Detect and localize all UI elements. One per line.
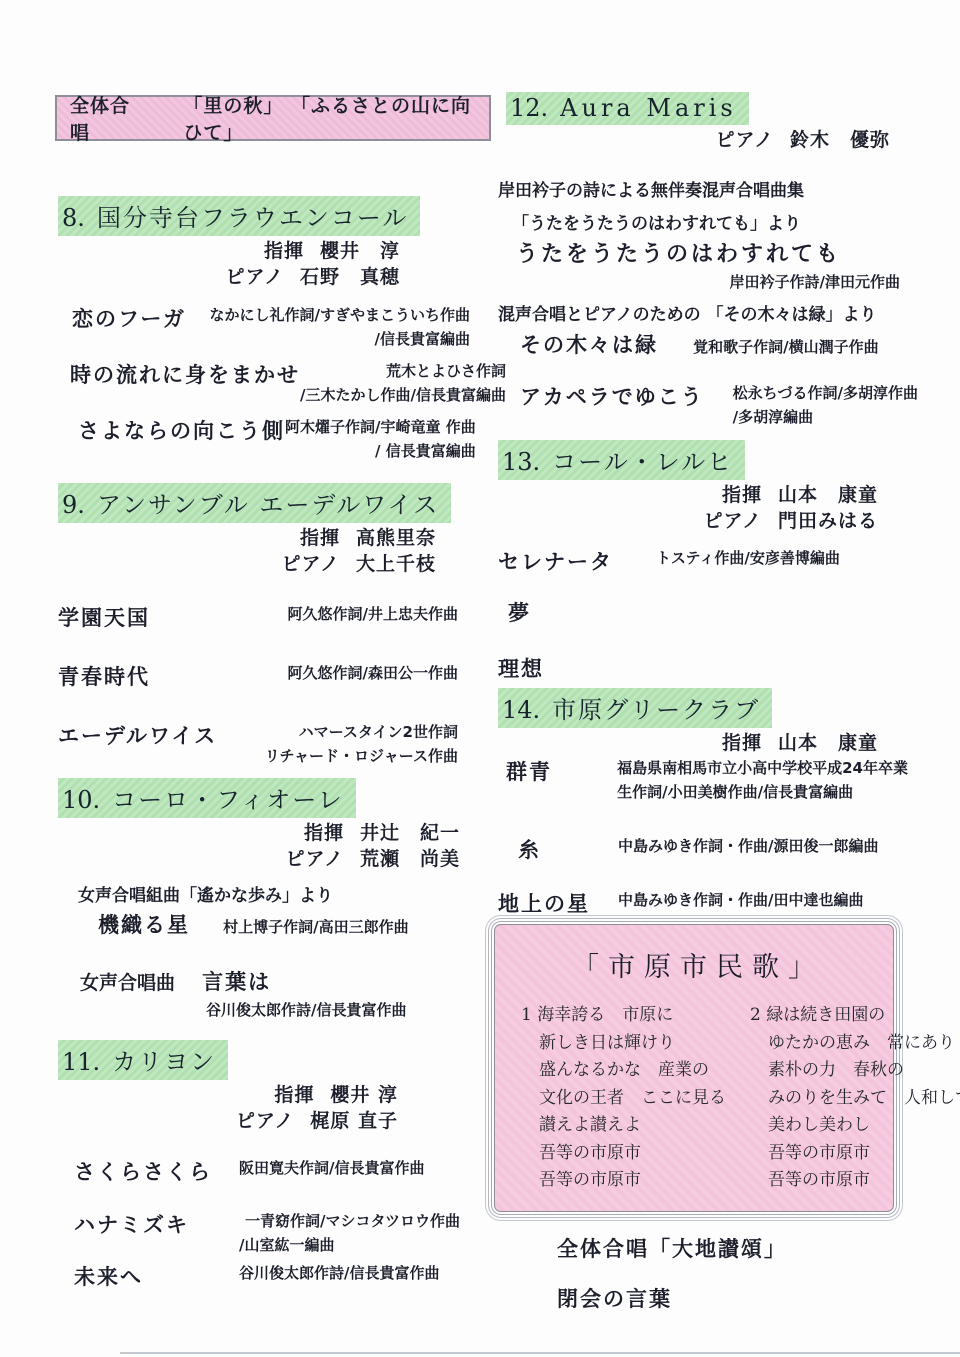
song-row: 女声合唱曲 言葉は (58, 966, 462, 996)
lyric-line: 文化の王者 ここに見る (521, 1085, 726, 1113)
section-14-heading: 14. 市原グリークラブ (498, 688, 772, 728)
song-title: セレナータ (498, 546, 656, 576)
song-row: 青春時代 阿久悠作詞/森田公一作曲 (58, 661, 458, 691)
staff-line-conductor: 指揮櫻井 淳 (58, 238, 400, 264)
song-group-label: 女声合唱曲 (80, 972, 175, 994)
song-credit: 中島みゆき作詞・作曲/田中達也編曲 (618, 888, 863, 912)
song-group-label: 女声合唱組曲「遙かな歩み」より (58, 881, 462, 906)
song-credit: 谷川俊太郎作詩/信長貴富作曲 (58, 998, 462, 1022)
lyrics-title: 「市原市民歌」 (521, 945, 875, 984)
song-credit: 阿木燿子作詞/宇崎竜童 作曲 / 信長貴富編曲 (285, 415, 476, 463)
song-row: 地上の星 中島みゆき作詞・作曲/田中達也編曲 (498, 888, 908, 918)
section-number: 13. (502, 448, 540, 476)
section-number: 9. (62, 491, 85, 519)
lyric-line: 1 海幸誇る 市原に (521, 1002, 726, 1030)
song-row: 群青 福島県南相馬市立小高中学校平成24年卒業 生作詞/小田美樹作曲/信長貴富編… (498, 756, 908, 804)
lyric-line: 2 緑は続き田園の (750, 1002, 960, 1030)
section-name: 国分寺台フラウエンコール (97, 198, 409, 233)
section-number: 8. (62, 204, 85, 232)
section-11-heading: 11. カリヨン (58, 1040, 228, 1080)
song-row: 糸 中島みゆき作詞・作曲/源田俊一郎編曲 (498, 834, 908, 864)
song-credit: 中島みゆき作詞・作曲/源田俊一郎編曲 (618, 834, 878, 858)
section-name: カリヨン (112, 1042, 216, 1077)
song-credit: 一青窈作詞/マシコタツロウ作曲 /山室紘一編曲 (239, 1209, 460, 1257)
section-name: アンサンブル エーデルワイス (97, 485, 439, 520)
song-credit: 谷川俊太郎作詩/信長貴富作曲 (239, 1261, 439, 1285)
section-13-heading: 13. コール・レルヒ (498, 440, 745, 480)
song-title: 未来へ (74, 1261, 239, 1291)
section-14-staff: 指揮山本 康童 (498, 730, 878, 756)
section-10: 10. コーロ・フィオーレ 指揮井辻 紀一 ピアノ荒瀬 尚美 女声合唱組曲「遙か… (58, 778, 462, 1022)
section-number: 10. (62, 786, 100, 814)
song-title: 群青 (506, 756, 617, 786)
lyric-line: みのりを生みて 人和して (750, 1085, 960, 1113)
song-title: その木々は緑 (520, 333, 658, 357)
song-row: アカペラでゆこう 松永ちづる作詞/多胡淳作曲 /多胡淳編曲 (498, 381, 918, 429)
song-title: 機織る星 (98, 913, 190, 937)
lyric-line: 吾等の市原市 (521, 1167, 726, 1195)
section-9: 9. アンサンブル エーデルワイス 指揮高熊里奈 ピアノ大上千枝 学園天国 阿久… (58, 483, 458, 768)
lyric-line: 吾等の市原市 (521, 1140, 726, 1168)
section-13-staff: 指揮山本 康童 ピアノ門田みはる (498, 482, 878, 534)
section-14: 14. 市原グリークラブ 指揮山本 康童 群青 福島県南相馬市立小高中学校平成2… (498, 688, 908, 918)
lyric-line: 新しき日は輝けり (521, 1030, 726, 1058)
section-11-staff: 指揮櫻井 淳 ピアノ梶原 直子 (58, 1082, 398, 1134)
staff-line-conductor: 指揮山本 康童 (498, 482, 878, 508)
collection-label: 「うたをうたうのはわすれても」より (498, 209, 918, 234)
song-title: さくらさくら (74, 1156, 239, 1186)
staff-line-pianist: ピアノ梶原 直子 (58, 1108, 398, 1134)
staff-line-conductor: 指揮高熊里奈 (58, 525, 436, 551)
staff-line-pianist: ピアノ鈴木 優弥 (498, 127, 890, 153)
lyric-line: ゆたかの恵み 常にあり (750, 1030, 960, 1058)
song-title: 夢 (508, 597, 531, 627)
song-title: 恋のフーガ (72, 303, 186, 333)
section-12-heading: 12. Aura Maris (506, 92, 749, 125)
section-12-staff: ピアノ鈴木 優弥 (498, 127, 890, 153)
section-9-staff: 指揮高熊里奈 ピアノ大上千枝 (58, 525, 436, 577)
song-credit: 福島県南相馬市立小高中学校平成24年卒業 生作詞/小田美樹作曲/信長貴富編曲 (617, 756, 908, 804)
lyrics-box: 「市原市民歌」 1 海幸誇る 市原に 新しき日は輝けり 盛んなるかな 産業の 文… (494, 924, 894, 1212)
closing-song: 全体合唱「大地讃頌」 (557, 1233, 787, 1263)
section-name: コーロ・フィオーレ (112, 780, 344, 815)
section-number: 14. (502, 696, 540, 724)
section-number: 11. (62, 1048, 100, 1076)
song-row: 恋のフーガ なかにし礼作詞/すぎやまこういち作曲 /信長貴富編曲 (58, 303, 470, 351)
song-credit: 松永ちづる作詞/多胡淳作曲 /多胡淳編曲 (733, 381, 918, 429)
song-title: さよならの向こう側 (78, 415, 285, 445)
lyric-line: 讃えよ讃えよ (521, 1112, 726, 1140)
song-credit: 阿久悠作詞/井上忠夫作曲 (288, 602, 458, 626)
song-title: 言葉は (202, 970, 271, 994)
verse-2: 2 緑は続き田園の ゆたかの恵み 常にあり 素朴の力 春秋の みのりを生みて 人… (750, 1002, 960, 1195)
section-name: コール・レルヒ (552, 442, 733, 477)
song-row: 未来へ 谷川俊太郎作詩/信長貴富作曲 (58, 1261, 468, 1291)
song-credit: 阪田寛夫作詞/信長貴富作曲 (239, 1156, 424, 1180)
section-name: Aura Maris (560, 94, 737, 122)
song-credit: 阿久悠作詞/森田公一作曲 (288, 661, 458, 685)
section-8-heading: 8. 国分寺台フラウエンコール (58, 196, 420, 236)
song-row: さくらさくら 阪田寛夫作詞/信長貴富作曲 (58, 1156, 468, 1186)
section-8: 8. 国分寺台フラウエンコール 指揮櫻井 淳 ピアノ石野 真穂 恋のフーガ なか… (58, 196, 470, 463)
song-row: ハナミズキ 一青窈作詞/マシコタツロウ作曲 /山室紘一編曲 (58, 1209, 468, 1257)
song-title: 時の流れに身をまかせ (70, 359, 300, 389)
song-credit: トスティ作曲/安彦善博編曲 (656, 546, 840, 570)
song-row: 夢 (498, 597, 898, 627)
song-title: ハナミズキ (74, 1209, 239, 1239)
song-credit: 覚和歌子作詞/横山潤子作曲 (693, 338, 878, 356)
song-row: 理想 (498, 653, 898, 683)
opening-banner-songs: 「里の秋」 「ふるさとの山に向ひて」 (183, 91, 476, 145)
verse-1: 1 海幸誇る 市原に 新しき日は輝けり 盛んなるかな 産業の 文化の王者 ここに… (521, 1002, 726, 1195)
song-title: うたをうたうのはわすれても (498, 237, 918, 268)
concert-program-page: 全体合唱 「里の秋」 「ふるさとの山に向ひて」 8. 国分寺台フラウエンコール … (0, 0, 960, 1357)
song-title: 理想 (498, 653, 544, 683)
song-title: 糸 (518, 834, 618, 864)
song-row: さよならの向こう側 阿木燿子作詞/宇崎竜童 作曲 / 信長貴富編曲 (58, 415, 470, 463)
opening-banner-label: 全体合唱 (70, 91, 137, 145)
closing-words: 閉会の言葉 (557, 1283, 672, 1313)
opening-banner: 全体合唱 「里の秋」 「ふるさとの山に向ひて」 (55, 95, 491, 141)
song-credit: 荒木とよひさ作詞 /三木たかし作曲/信長貴富編曲 (300, 359, 506, 407)
staff-line-pianist: ピアノ大上千枝 (58, 551, 436, 577)
collection-label: 岸田衿子の詩による無伴奏混声合唱曲集 (498, 176, 918, 201)
song-title: 学園天国 (58, 602, 150, 632)
song-row: エーデルワイス ハマースタイン2世作詞 リチャード・ロジャース作曲 (58, 720, 458, 768)
song-row: 時の流れに身をまかせ 荒木とよひさ作詞 /三木たかし作曲/信長貴富編曲 (58, 359, 470, 407)
section-12: 12. Aura Maris ピアノ鈴木 優弥 岸田衿子の詩による無伴奏混声合唱… (498, 92, 918, 429)
song-title: アカペラでゆこう (520, 381, 704, 411)
song-row: セレナータ トスティ作曲/安彦善博編曲 (498, 546, 898, 576)
song-title: 青春時代 (58, 661, 150, 691)
song-row: 学園天国 阿久悠作詞/井上忠夫作曲 (58, 602, 458, 632)
lyric-line: 吾等の市原市 (750, 1140, 960, 1168)
section-8-staff: 指揮櫻井 淳 ピアノ石野 真穂 (58, 238, 400, 290)
scan-edge-line (120, 1352, 960, 1354)
section-10-staff: 指揮井辻 紀一 ピアノ荒瀬 尚美 (58, 820, 460, 872)
song-credit: なかにし礼作詞/すぎやまこういち作曲 /信長貴富編曲 (210, 303, 470, 351)
staff-line-conductor: 指揮山本 康童 (498, 730, 878, 756)
section-10-heading: 10. コーロ・フィオーレ (58, 778, 356, 818)
song-row: 機織る星 村上博子作詞/高田三郎作曲 (58, 909, 462, 939)
section-13: 13. コール・レルヒ 指揮山本 康童 ピアノ門田みはる セレナータ トスティ作… (498, 440, 898, 683)
lyric-line: 盛んなるかな 産業の (521, 1057, 726, 1085)
section-name: 市原グリークラブ (552, 690, 760, 725)
section-9-heading: 9. アンサンブル エーデルワイス (58, 483, 451, 523)
staff-line-pianist: ピアノ門田みはる (498, 508, 878, 534)
staff-line-pianist: ピアノ荒瀬 尚美 (58, 846, 460, 872)
lyrics-verses: 1 海幸誇る 市原に 新しき日は輝けり 盛んなるかな 産業の 文化の王者 ここに… (521, 1002, 875, 1195)
lyric-line: 美わし美わし (750, 1112, 960, 1140)
section-number: 12. (510, 94, 548, 122)
lyric-line: 素朴の力 春秋の (750, 1057, 960, 1085)
staff-line-conductor: 指揮櫻井 淳 (58, 1082, 398, 1108)
lyric-line: 吾等の市原市 (750, 1167, 960, 1195)
song-credit: 村上博子作詞/高田三郎作曲 (223, 918, 408, 936)
song-credit: 岸田衿子作詩/津田元作曲 (498, 270, 918, 294)
staff-line-pianist: ピアノ石野 真穂 (58, 264, 400, 290)
collection-label: 混声合唱とピアノのための 「その木々は緑」より (498, 300, 918, 325)
song-row: その木々は緑 覚和歌子作詞/横山潤子作曲 (498, 329, 918, 359)
song-credit: ハマースタイン2世作詞 リチャード・ロジャース作曲 (265, 720, 458, 768)
song-title: 地上の星 (498, 888, 618, 918)
staff-line-conductor: 指揮井辻 紀一 (58, 820, 460, 846)
section-11: 11. カリヨン 指揮櫻井 淳 ピアノ梶原 直子 さくらさくら 阪田寛夫作詞/信… (58, 1040, 468, 1291)
song-title: エーデルワイス (58, 720, 217, 750)
